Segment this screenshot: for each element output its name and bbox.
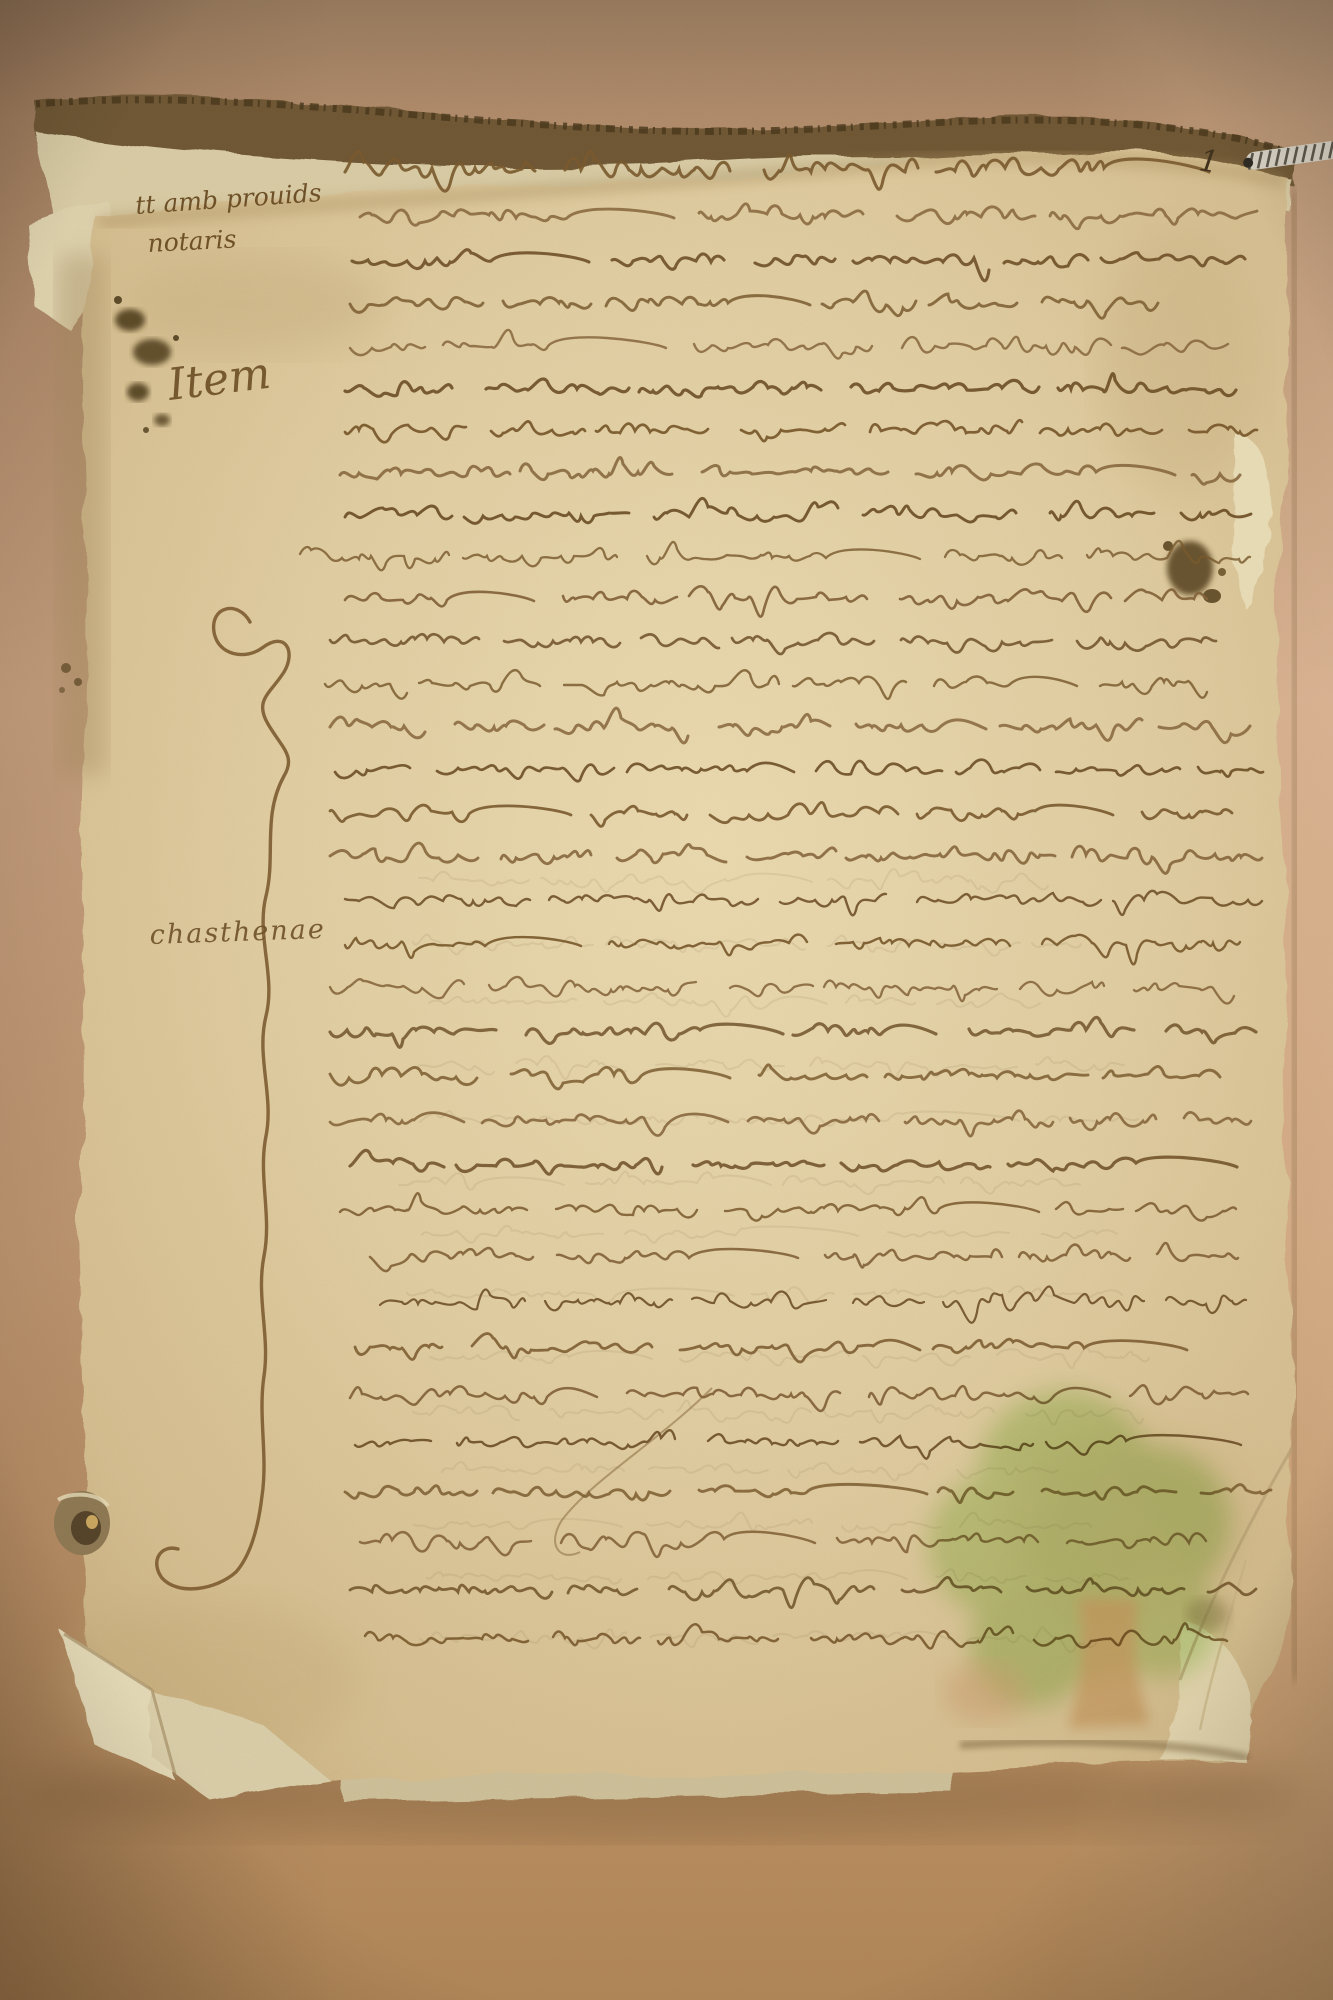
grain-overlay [0,0,1333,2000]
manuscript-scene: tt amb prouids notaris Item chasthenae 1 [0,0,1333,2000]
manuscript-photo: tt amb prouids notaris Item chasthenae 1 [0,0,1333,2000]
